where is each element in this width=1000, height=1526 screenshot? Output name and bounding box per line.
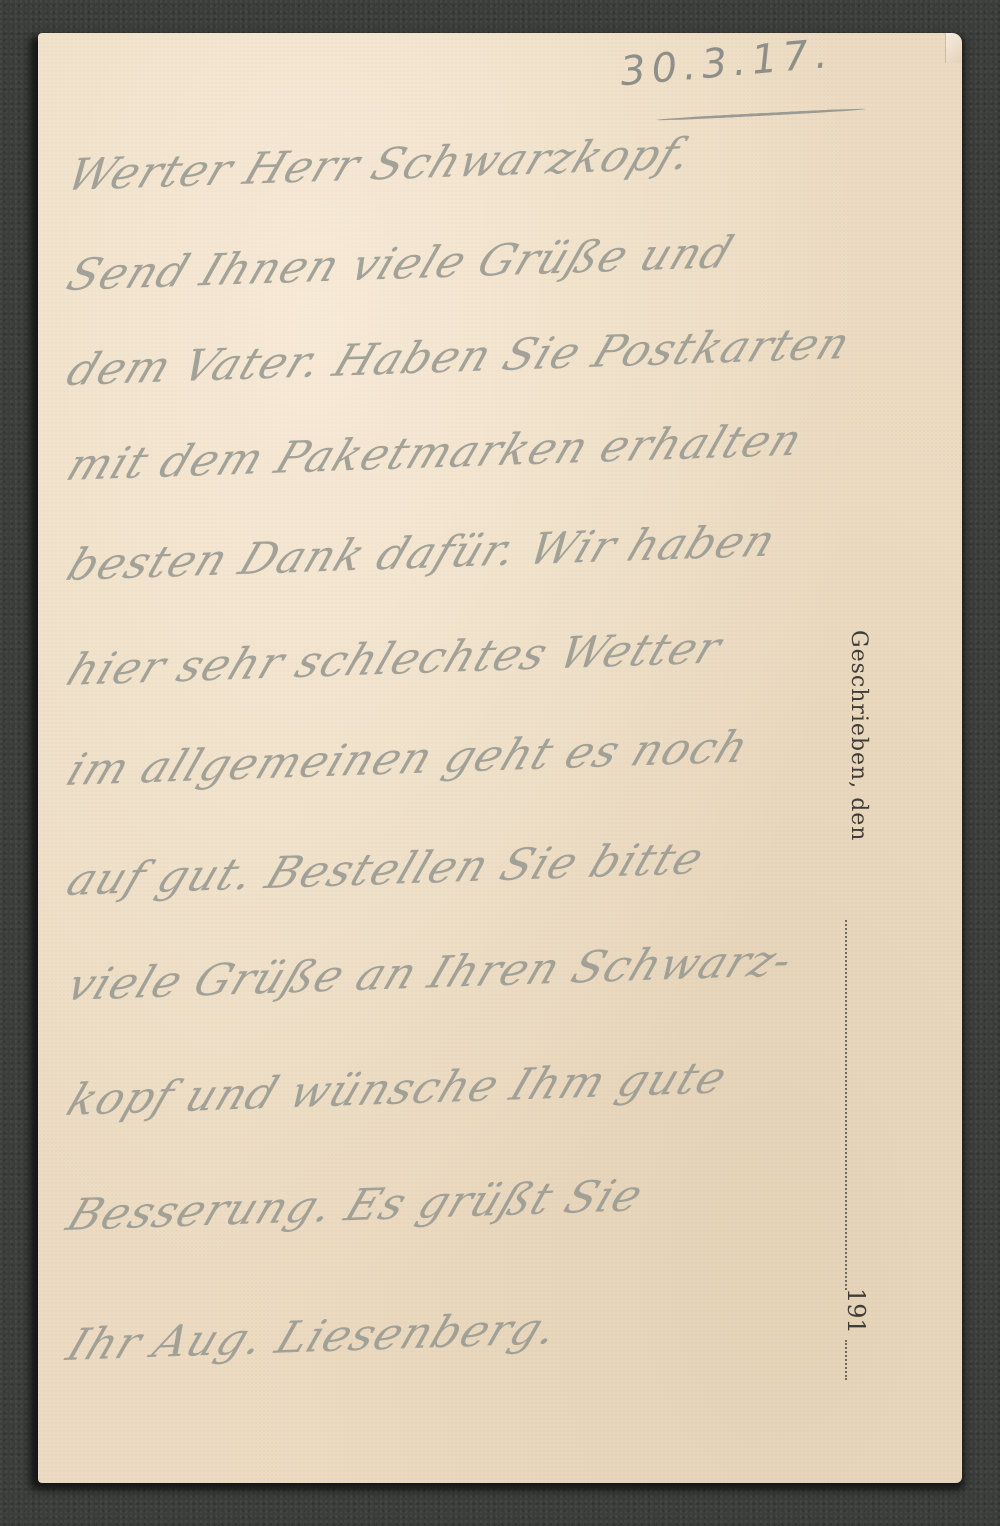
dotted-date-line [845,920,847,1290]
dotted-year-line [845,1340,847,1380]
printed-year-prefix: 191 [842,1288,870,1334]
torn-corner [945,33,962,63]
printed-label-written-on: Geschrieben, den [846,630,871,841]
